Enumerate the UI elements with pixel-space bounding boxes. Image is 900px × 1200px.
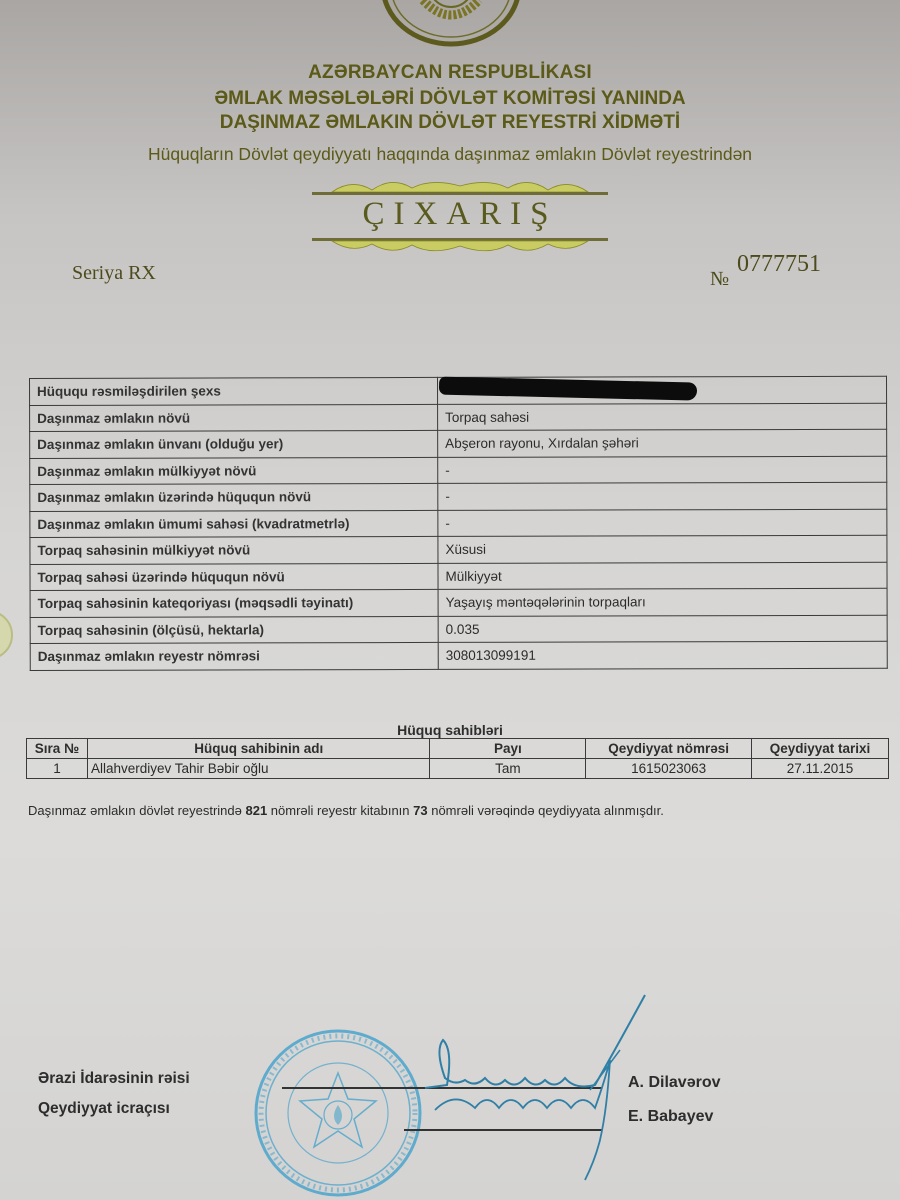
owners-column-header: Qeydiyyat tarixi bbox=[752, 739, 889, 759]
property-label: Daşınmaz əmlakın ümumi sahəsi (kvadratme… bbox=[30, 510, 438, 538]
property-value: Xüsusi bbox=[438, 535, 887, 563]
side-seal-icon bbox=[0, 610, 14, 660]
property-value: - bbox=[438, 509, 887, 537]
owner-cell: 27.11.2015 bbox=[752, 759, 889, 779]
signer-name-1: A. Dilavərov bbox=[628, 1074, 720, 1092]
owners-column-header: Sıra № bbox=[27, 739, 88, 759]
property-label: Torpaq sahəsinin kateqoriyası (məqsədli … bbox=[30, 589, 438, 617]
redaction-mark bbox=[439, 377, 697, 401]
state-emblem-icon bbox=[378, 0, 524, 48]
signer-name-2: E. Babayev bbox=[628, 1108, 713, 1126]
property-label: Daşınmaz əmlakın mülkiyyət növü bbox=[30, 457, 438, 485]
owners-column-header: Hüquq sahibinin adı bbox=[87, 739, 430, 759]
header-service: DAŞINMAZ ƏMLAKIN DÖVLƏT REYESTRİ XİDMƏTİ bbox=[0, 112, 900, 134]
property-value: Torpaq sahəsi bbox=[438, 403, 887, 431]
owner-cell: 1615023063 bbox=[586, 759, 752, 779]
property-label: Daşınmaz əmlakın ünvanı (olduğu yer) bbox=[30, 430, 438, 458]
property-value bbox=[437, 376, 886, 404]
property-row: Daşınmaz əmlakın növüTorpaq sahəsi bbox=[30, 403, 887, 432]
property-label: Hüququ rəsmiləşdirilen şexs bbox=[30, 377, 438, 405]
owner-cell: Tam bbox=[430, 759, 586, 779]
register-page-number: 73 bbox=[413, 803, 427, 818]
owners-column-header: Qeydiyyat nömrəsi bbox=[586, 739, 752, 759]
property-info-table: Hüququ rəsmiləşdirilen şexsDaşınmaz əmla… bbox=[29, 376, 888, 671]
property-row: Daşınmaz əmlakın mülkiyyət növü- bbox=[30, 456, 887, 485]
property-row: Torpaq sahəsinin mülkiyyət növüXüsusi bbox=[30, 535, 887, 564]
property-row: Hüququ rəsmiləşdirilen şexs bbox=[30, 376, 887, 405]
document-title: ÇIXARIŞ bbox=[312, 196, 608, 233]
property-row: Torpaq sahəsinin kateqoriyası (məqsədli … bbox=[30, 588, 887, 617]
property-label: Daşınmaz əmlakın reyestr nömrəsi bbox=[30, 642, 438, 670]
property-value: 0.035 bbox=[438, 615, 887, 643]
owner-row: 1Allahverdiyev Tahir Bəbir oğluTam161502… bbox=[27, 759, 889, 779]
register-book-number: 821 bbox=[245, 803, 267, 818]
property-row: Daşınmaz əmlakın ünvanı (olduğu yer)Abşe… bbox=[30, 429, 887, 458]
signer-role-1: Ərazi İdarəsinin rəisi bbox=[38, 1070, 190, 1088]
owners-table: Sıra №Hüquq sahibinin adıPayıQeydiyyat n… bbox=[26, 738, 889, 779]
property-value: Abşeron rayonu, Xırdalan şəhəri bbox=[438, 429, 887, 457]
property-row: Torpaq sahəsinin (ölçüsü, hektarla)0.035 bbox=[30, 615, 887, 644]
property-label: Torpaq sahəsinin mülkiyyət növü bbox=[30, 536, 438, 564]
property-value: Mülkiyyət bbox=[438, 562, 887, 590]
registration-note: Daşınmaz əmlakın dövlət reyestrində 821 … bbox=[28, 803, 664, 818]
property-label: Torpaq sahəsi üzərində hüququn növü bbox=[30, 563, 438, 591]
property-value: - bbox=[438, 482, 887, 510]
header-committee: ƏMLAK MƏSƏLƏLƏRİ DÖVLƏT KOMİTƏSİ YANINDA bbox=[0, 88, 900, 110]
header-republic: AZƏRBAYCAN RESPUBLİKASI bbox=[0, 62, 900, 84]
property-value: - bbox=[438, 456, 887, 484]
property-value: 308013099191 bbox=[438, 641, 887, 669]
document-number: 0777751 bbox=[737, 251, 821, 278]
property-row: Daşınmaz əmlakın üzərində hüququn növü- bbox=[30, 482, 887, 511]
number-sign: № bbox=[710, 268, 729, 291]
property-row: Daşınmaz əmlakın ümumi sahəsi (kvadratme… bbox=[30, 509, 887, 538]
property-label: Daşınmaz əmlakın üzərində hüququn növü bbox=[30, 483, 438, 511]
owner-cell: 1 bbox=[27, 759, 88, 779]
property-row: Daşınmaz əmlakın reyestr nömrəsi30801309… bbox=[30, 641, 887, 670]
property-value: Yaşayış məntəqələrinin torpaqları bbox=[438, 588, 887, 616]
owner-cell: Allahverdiyev Tahir Bəbir oğlu bbox=[87, 759, 430, 779]
owners-section-title: Hüquq sahibləri bbox=[0, 722, 900, 738]
series-label: Seriya RX bbox=[72, 262, 156, 285]
header-subtitle: Hüquqların Dövlət qeydiyyatı haqqında da… bbox=[0, 144, 900, 165]
owners-column-header: Payı bbox=[430, 739, 586, 759]
property-label: Daşınmaz əmlakın növü bbox=[30, 404, 438, 432]
handwritten-signature-icon bbox=[395, 990, 665, 1190]
property-row: Torpaq sahəsi üzərində hüququn növüMülki… bbox=[30, 562, 887, 591]
property-label: Torpaq sahəsinin (ölçüsü, hektarla) bbox=[30, 616, 438, 644]
signer-role-2: Qeydiyyat icraçısı bbox=[38, 1100, 170, 1118]
